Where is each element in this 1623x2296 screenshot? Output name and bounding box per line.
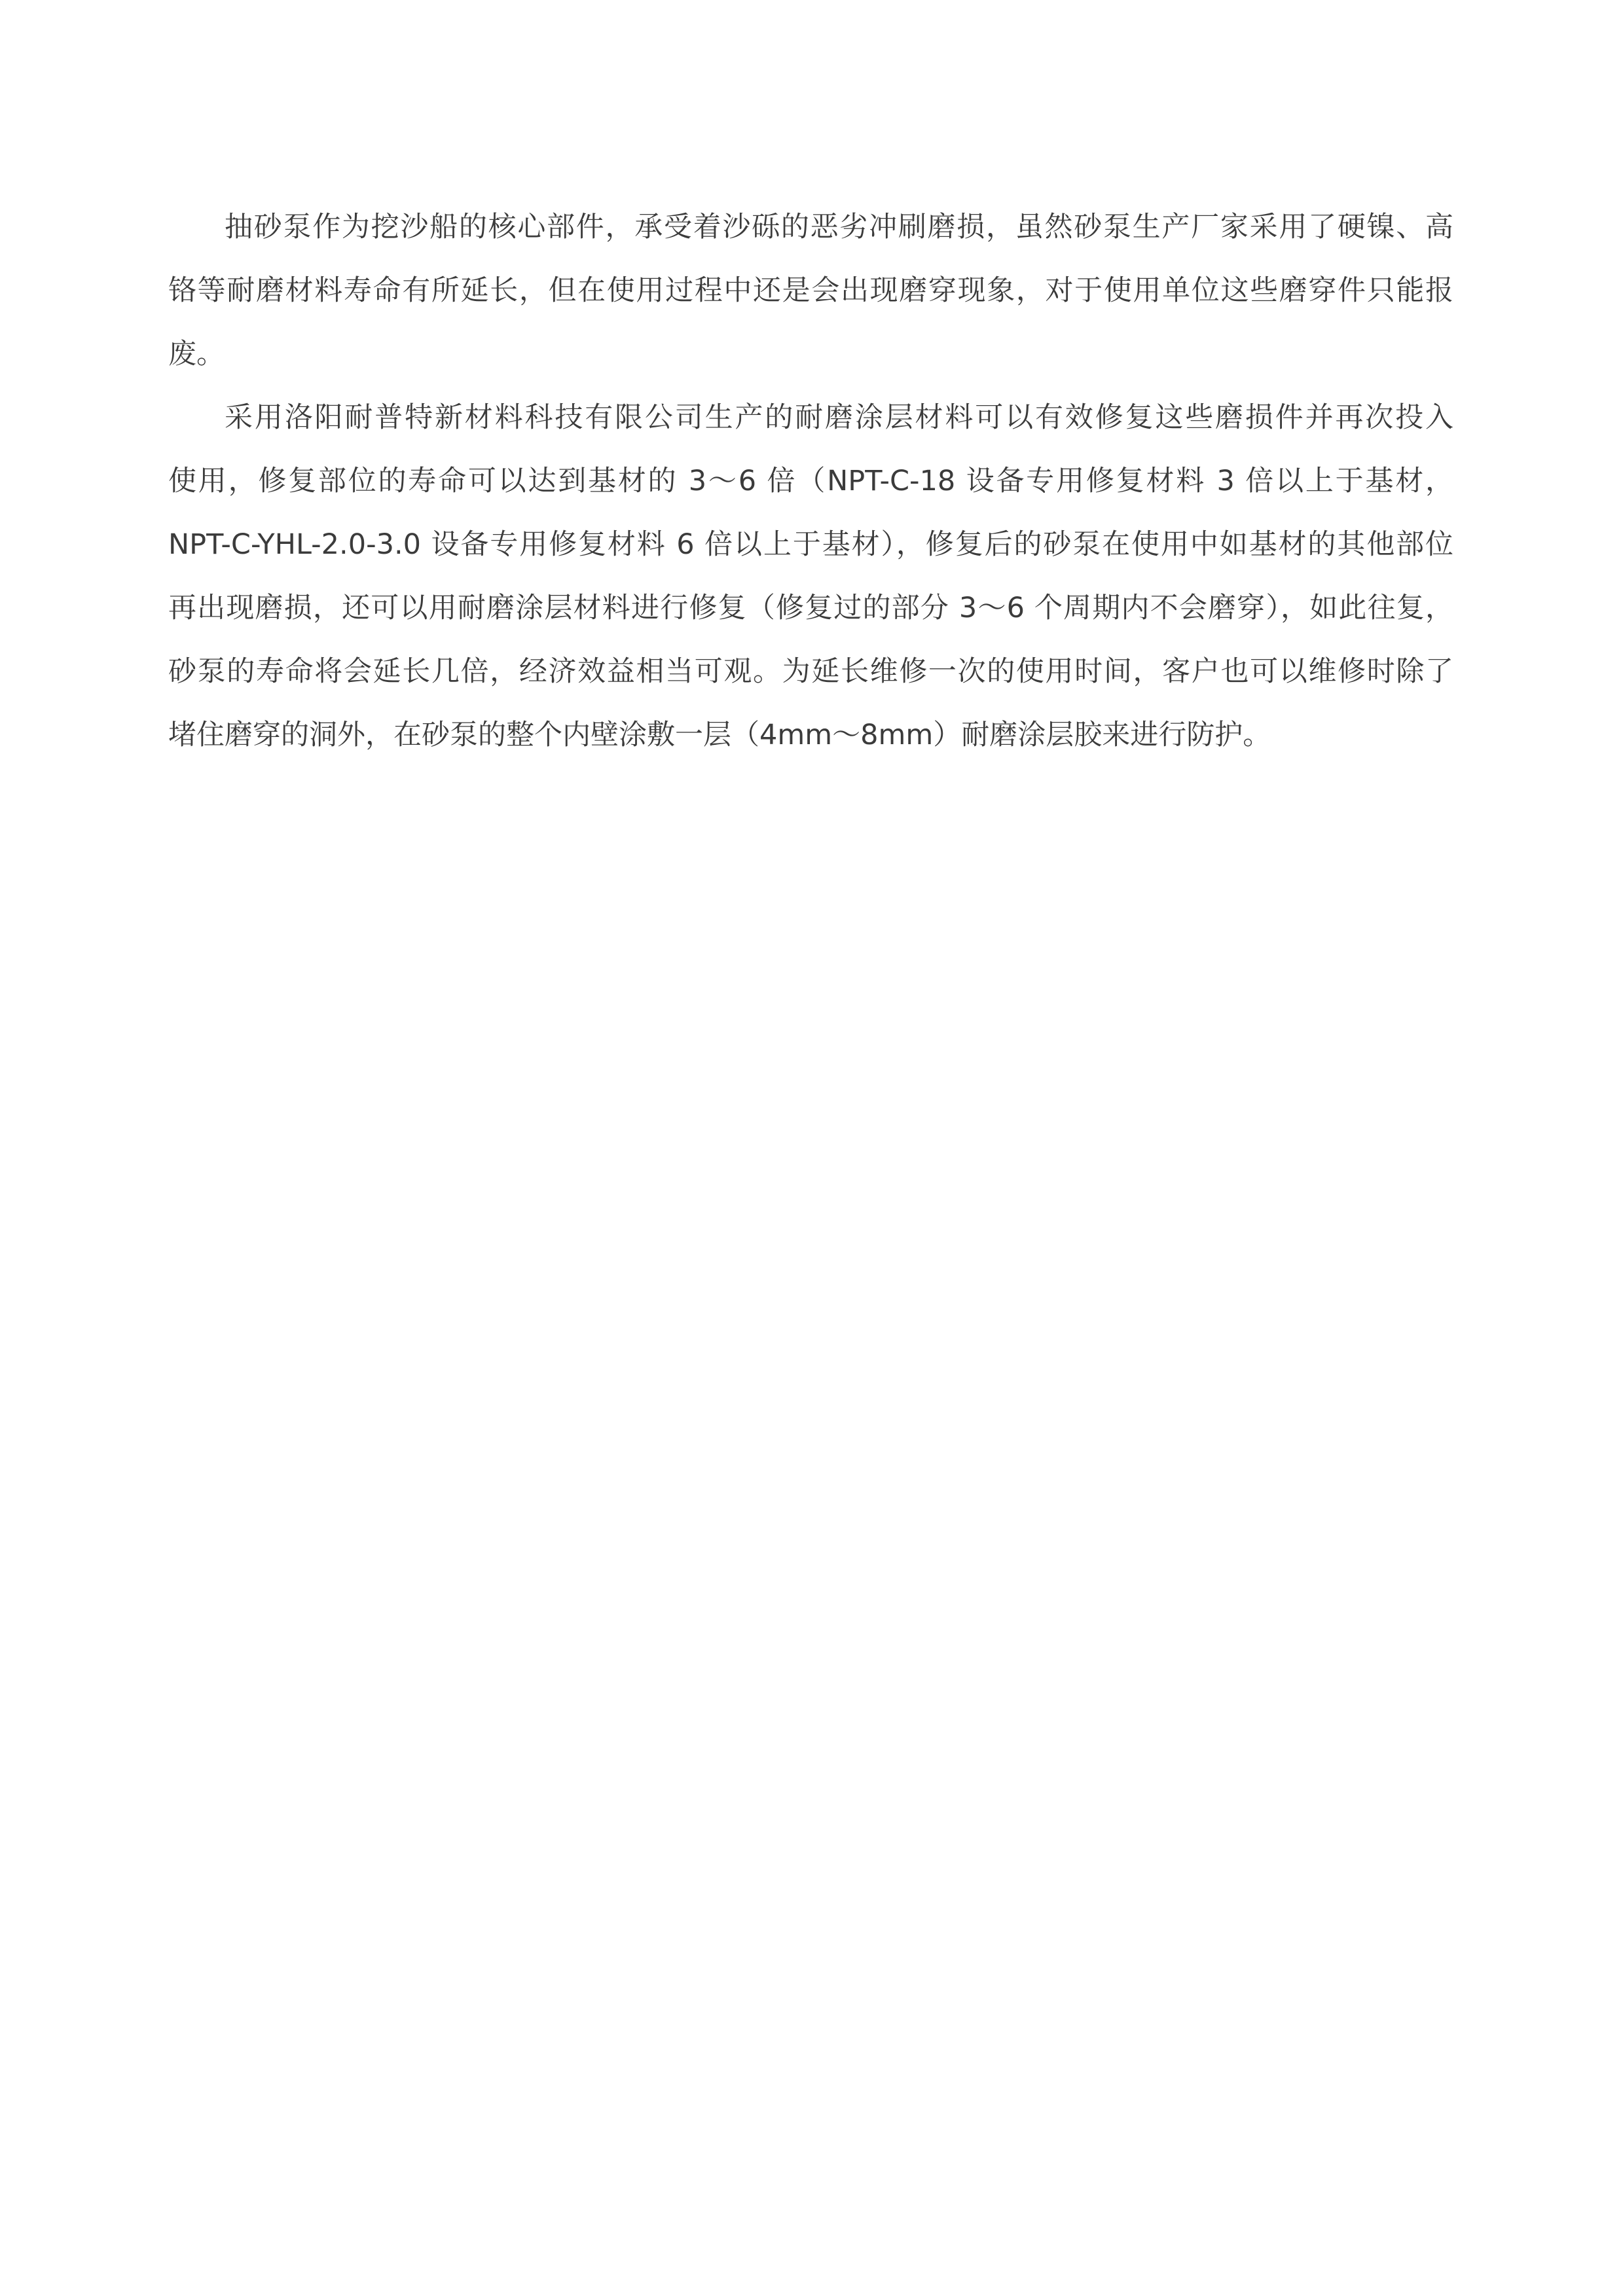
- text-line: 抽砂泵作为挖沙船的核心部件，承受着沙砾的恶劣冲刷磨损，虽然砂泵生产厂家采用了硬镍…: [168, 196, 1453, 259]
- paragraph-intro-wear: 抽砂泵作为挖沙船的核心部件，承受着沙砾的恶劣冲刷磨损，虽然砂泵生产厂家采用了硬镍…: [168, 196, 1453, 386]
- paragraph-repair-solution: 采用洛阳耐普特新材料科技有限公司生产的耐磨涂层材料可以有效修复这些磨损件并再次投…: [168, 386, 1453, 767]
- text-block: 抽砂泵作为挖沙船的核心部件，承受着沙砾的恶劣冲刷磨损，虽然砂泵生产厂家采用了硬镍…: [168, 196, 1453, 767]
- text-line: 再出现磨损，还可以用耐磨涂层材料进行修复（修复过的部分 3～6 个周期内不会磨穿…: [168, 577, 1453, 640]
- text-line: 使用，修复部位的寿命可以达到基材的 3～6 倍（NPT-C-18 设备专用修复材…: [168, 450, 1453, 513]
- text-line: 铬等耐磨材料寿命有所延长，但在使用过程中还是会出现磨穿现象，对于使用单位这些磨穿…: [168, 259, 1453, 323]
- text-line: NPT-C-YHL-2.0-3.0 设备专用修复材料 6 倍以上于基材），修复后…: [168, 513, 1453, 577]
- text-line: 堵住磨穿的洞外，在砂泵的整个内壁涂敷一层（4mm～8mm）耐磨涂层胶来进行防护。: [168, 704, 1453, 767]
- text-line: 废。: [168, 323, 1453, 386]
- text-line: 采用洛阳耐普特新材料科技有限公司生产的耐磨涂层材料可以有效修复这些磨损件并再次投…: [168, 386, 1453, 450]
- text-line: 砂泵的寿命将会延长几倍，经济效益相当可观。为延长维修一次的使用时间，客户也可以维…: [168, 640, 1453, 704]
- document-page: 抽砂泵作为挖沙船的核心部件，承受着沙砾的恶劣冲刷磨损，虽然砂泵生产厂家采用了硬镍…: [0, 0, 1623, 2296]
